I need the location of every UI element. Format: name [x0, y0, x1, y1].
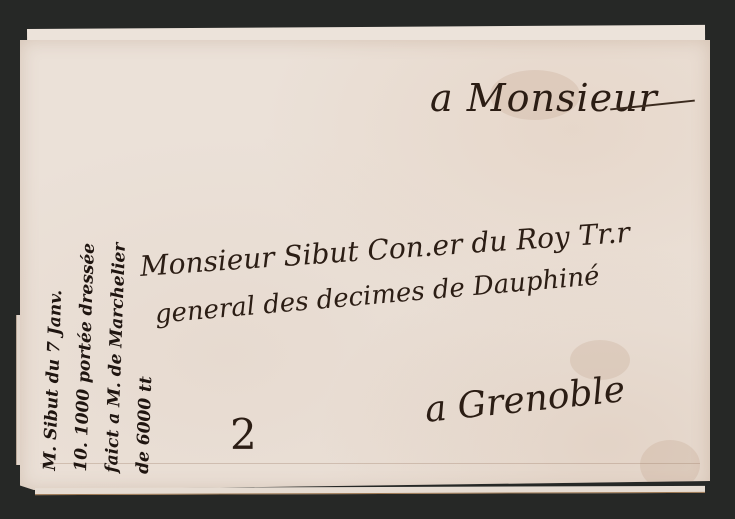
postal-rate-mark: 2 [230, 410, 257, 459]
paper-stain [640, 440, 700, 490]
bottom-fold-edge [35, 486, 705, 495]
salutation-text: a Monsieur [430, 76, 658, 120]
docket-annotation: M. Sibut du 7 Janv. 10. 1000 portée dres… [35, 240, 167, 474]
